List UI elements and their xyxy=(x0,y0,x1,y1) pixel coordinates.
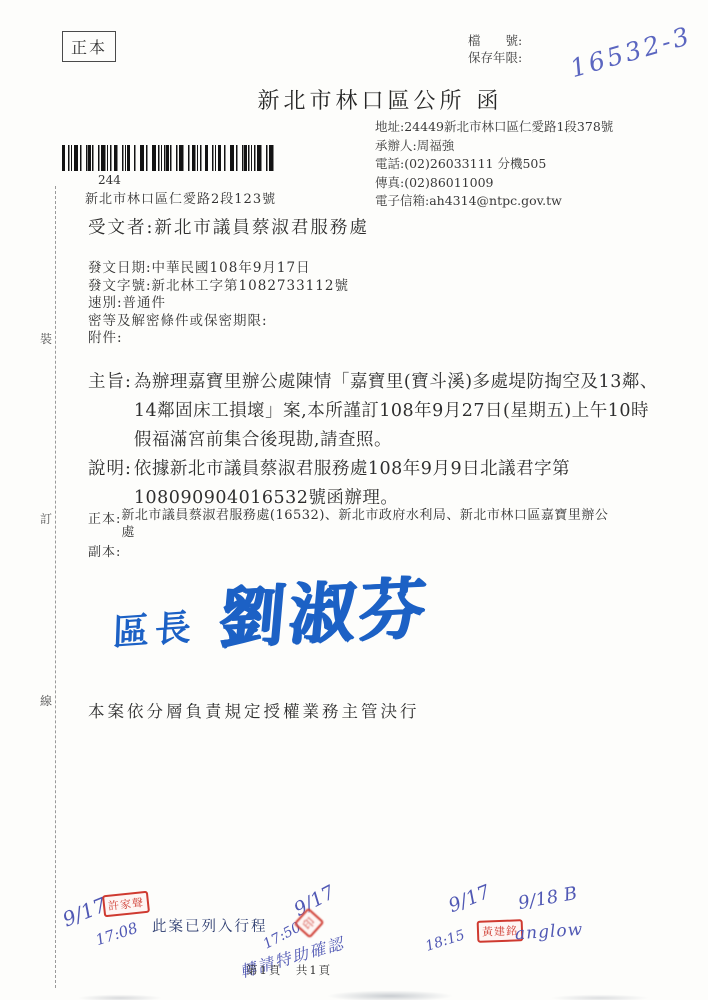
handwritten-signature-far-right: anglow xyxy=(514,920,583,945)
sender-fax: 傳真:(02)86011009 xyxy=(375,174,613,193)
scan-edge-artifact xyxy=(0,986,708,1000)
sender-phone: 電話:(02)26033111 分機505 xyxy=(375,155,613,174)
sender-contact-person: 承辦人:周福強 xyxy=(375,137,613,156)
name-seal-left: 許家聲 xyxy=(102,891,150,918)
copy-recipients-label: 副本: xyxy=(88,541,121,560)
security-class: 密等及解密條件或保密期限: xyxy=(88,313,349,331)
scanned-official-letter: 正本 檔 號: 保存年限: 16532-3 新北市林口區公所 函 地址:2444… xyxy=(0,0,708,1000)
recipient-line: 受文者:新北市議員蔡淑君服務處 xyxy=(88,214,369,239)
speed-class: 速別:普通件 xyxy=(88,295,349,313)
binding-mark-zhuang: 裝 xyxy=(40,330,52,347)
attachment-label: 附件: xyxy=(88,330,349,348)
original-recipients-text: 新北市議員蔡淑君服務處(16532)、新北市政府水利局、新北市林口區嘉寶里辦公處 xyxy=(121,508,621,541)
recipient-mailing-address: 新北市林口區仁愛路2段123號 xyxy=(85,188,276,207)
chief-name-stamp: 劉淑芬 xyxy=(216,554,434,661)
page-number: 第1頁 共1頁 xyxy=(246,962,332,978)
chief-signature-stamp: 區長 劉淑芬 xyxy=(95,560,515,675)
issue-number: 發文字號:新北林工字第1082733112號 xyxy=(88,278,349,296)
delegation-note: 本案依分層負責規定授權業務主管決行 xyxy=(88,698,420,722)
copy-recipients-row: 副本: xyxy=(88,541,121,560)
sender-address: 地址:24449新北市林口區仁愛路1段378號 xyxy=(375,118,613,137)
retention-period-label: 保存年限: xyxy=(468,49,522,66)
handwritten-date-right: 9/17 xyxy=(445,881,493,917)
handwritten-time-right: 18:15 xyxy=(424,927,467,955)
handwritten-itinerary-note: 此案已列入行程 xyxy=(152,915,268,936)
original-recipients-label: 正本: xyxy=(88,508,121,541)
binding-mark-ding: 訂 xyxy=(40,510,52,527)
explanation-text: 依據新北市議員蔡淑君服務處108年9月9日北議君字第10809090401653… xyxy=(134,455,662,513)
original-recipients-row: 正本: 新北市議員蔡淑君服務處(16532)、新北市政府水利局、新北市林口區嘉寶… xyxy=(88,508,621,541)
sender-contact-block: 地址:24449新北市林口區仁愛路1段378號 承辦人:周福強 電話:(02)2… xyxy=(375,118,613,211)
file-number-label: 檔 號: xyxy=(468,32,522,49)
subject-label: 主旨: xyxy=(88,368,132,455)
handwritten-date-far-right: 9/18 B xyxy=(517,883,579,914)
file-number-block: 檔 號: 保存年限: xyxy=(468,32,522,66)
document-title: 新北市林口區公所 函 xyxy=(0,84,708,115)
copy-type-box: 正本 xyxy=(62,31,116,62)
sender-email: 電子信箱:ah4314@ntpc.gov.tw xyxy=(375,192,613,211)
chief-title-stamp: 區長 xyxy=(112,599,198,656)
handwritten-file-number: 16532-3 xyxy=(567,14,708,83)
barcode-number: 244 xyxy=(98,173,121,187)
explanation-paragraph: 說明: 依據新北市議員蔡淑君服務處108年9月9日北議君字第1080909040… xyxy=(88,455,662,513)
subject-paragraph: 主旨: 為辦理嘉寶里辦公處陳情「嘉寶里(寶斗溪)多處堤防掏空及13鄰、14鄰固床… xyxy=(88,368,662,455)
binding-dashed-line xyxy=(55,186,56,988)
document-meta-block: 發文日期:中華民國108年9月17日 發文字號:新北林工字第1082733112… xyxy=(88,260,349,348)
handwritten-time-left: 17:08 xyxy=(93,919,140,949)
mailing-barcode xyxy=(62,145,275,171)
subject-text: 為辦理嘉寶里辦公處陳情「嘉寶里(寶斗溪)多處堤防掏空及13鄰、14鄰固床工損壞」… xyxy=(134,368,662,455)
explanation-label: 說明: xyxy=(88,455,132,513)
binding-mark-xian: 線 xyxy=(40,692,52,709)
issue-date: 發文日期:中華民國108年9月17日 xyxy=(88,260,349,278)
